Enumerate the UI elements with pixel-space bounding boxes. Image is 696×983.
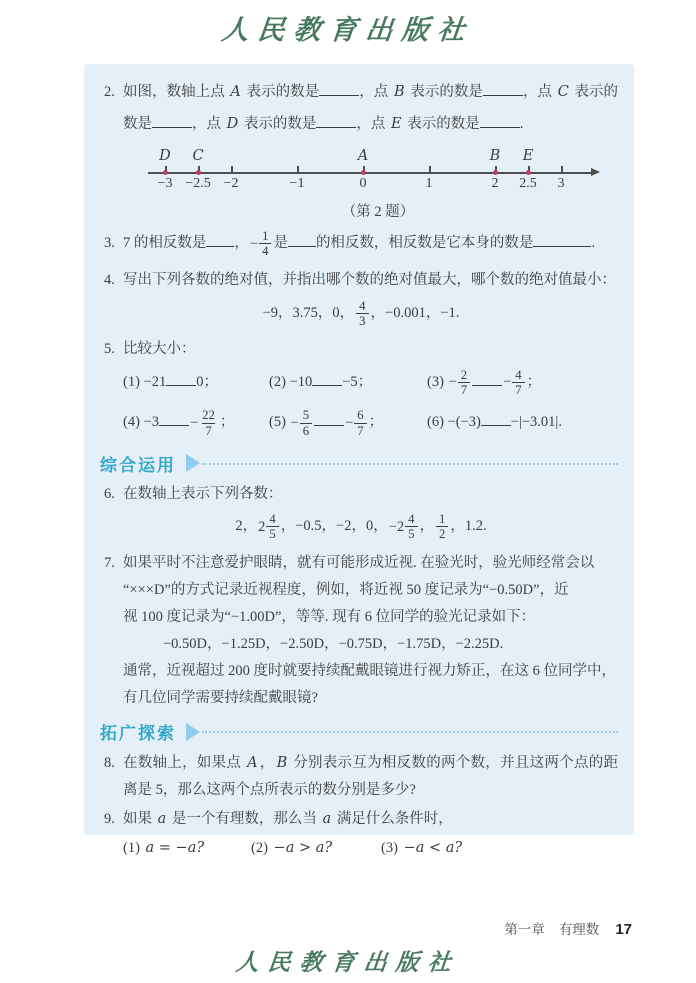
tick-label: 3 xyxy=(539,175,583,193)
dotted-rule xyxy=(202,463,618,465)
question-4: 4. 写出下列各数的绝对值，并指出哪个数的绝对值最大，哪个数的绝对值最小： xyxy=(104,267,618,294)
question-text: 如果平时不注意爱护眼睛，就有可能形成近视. 在验光时，验光师经常会以 “×××D… xyxy=(123,550,618,712)
question-5: 5. 比较大小： xyxy=(104,336,618,362)
math-expression: −a < a? xyxy=(402,840,465,856)
point-label: C xyxy=(186,147,210,165)
point-dot xyxy=(493,170,498,175)
exercise-panel: 2. 如图，数轴上点 A 表示的数是，点 B 表示的数是，点 C 表示的数是，点… xyxy=(84,64,634,835)
option-item: (2) −a > a? xyxy=(251,835,381,862)
answer-blank xyxy=(166,371,196,386)
question-number: 7. xyxy=(104,550,123,712)
tick-mark xyxy=(231,166,233,173)
point-label: D xyxy=(153,147,177,165)
fraction: 245 xyxy=(258,508,280,546)
compare-item: (4) −3−227； xyxy=(123,402,269,443)
math-variable: a xyxy=(321,811,334,827)
math-variable: a xyxy=(156,811,169,827)
question-text: 比较大小： xyxy=(123,336,618,362)
answer-blank xyxy=(472,371,502,386)
section-title: 拓广探索 xyxy=(100,719,176,744)
fraction: 43 xyxy=(355,299,369,328)
compare-item: (5) −56−67； xyxy=(269,402,427,443)
math-variable: B xyxy=(275,755,290,771)
question-number: 5. xyxy=(104,336,123,362)
math-variable: D xyxy=(225,116,241,132)
question-number: 4. xyxy=(104,267,123,294)
question-6: 6. 在数轴上表示下列各数： xyxy=(104,481,618,507)
question-5-row-2: (4) −3−227； (5) −56−67； (6) −(−3)−|−3.01… xyxy=(104,402,618,443)
point-label: E xyxy=(516,147,540,165)
question-7-line: 如果平时不注意爱护眼睛，就有可能形成近视. 在验光时，验光师经常会以 xyxy=(123,550,618,577)
answer-blank xyxy=(312,371,342,386)
point-dot xyxy=(526,170,531,175)
fraction: −56 xyxy=(291,403,314,443)
answer-blank xyxy=(483,81,523,96)
math-variable: C xyxy=(556,84,571,100)
answer-blank xyxy=(288,232,316,247)
section-header-comprehensive: 综合运用 xyxy=(100,452,618,474)
publisher-logo-top: 人民教育出版社 xyxy=(0,8,696,47)
question-text: 如果 a 是一个有理数，那么当 a 满足什么条件时， xyxy=(123,806,618,833)
question-number: 9. xyxy=(104,806,123,833)
question-7-line: 通常，近视超过 200 度时就要持续配戴眼镜进行视力矫正，在这 6 位同学中， xyxy=(123,658,618,685)
point-dot xyxy=(361,170,366,175)
section-header-exploration: 拓广探索 xyxy=(100,721,618,743)
compare-item: (2) −10−5； xyxy=(269,362,427,403)
answer-blank xyxy=(316,113,356,128)
question-number: 6. xyxy=(104,481,123,507)
fraction: −27 xyxy=(449,362,472,402)
question-text: 如图，数轴上点 A 表示的数是，点 B 表示的数是，点 C 表示的数是，点 D … xyxy=(123,76,618,140)
tick-mark xyxy=(561,166,563,173)
fraction: −47 xyxy=(503,362,526,402)
section-title: 综合运用 xyxy=(100,451,176,476)
question-text: 7 的相反数是，−14是的相反数，相反数是它本身的数是. xyxy=(123,224,618,263)
question-7: 7. 如果平时不注意爱护眼睛，就有可能形成近视. 在验光时，验光师经常会以 “×… xyxy=(104,550,618,712)
page-footer: 第一章 有理数 17 xyxy=(504,918,632,938)
number-line-figure: −3−2.5−2−10122.53DCABE （第 2 题） xyxy=(148,146,618,224)
math-expression: −a > a? xyxy=(272,840,335,856)
section-label: 有理数 xyxy=(559,918,600,938)
question-2: 2. 如图，数轴上点 A 表示的数是，点 B 表示的数是，点 C 表示的数是，点… xyxy=(104,76,618,140)
math-variable: A xyxy=(245,755,259,771)
question-4-values: −9，3.75，0，43，−0.001，−1. xyxy=(104,294,618,332)
question-6-values: 2，245，−0.5，−2，0，−245，12，1.2. xyxy=(104,507,618,546)
compare-item: (1) −210； xyxy=(123,362,269,403)
answer-blank xyxy=(206,232,234,247)
fraction: −14 xyxy=(250,225,273,263)
tick-label: 1 xyxy=(407,175,451,193)
compare-item: (6) −(−3)−|−3.01|. xyxy=(427,402,618,443)
triangle-icon xyxy=(186,454,200,472)
answer-blank xyxy=(314,412,344,427)
question-number: 2. xyxy=(104,76,123,140)
fraction: −67 xyxy=(345,403,368,443)
axis-arrow-icon xyxy=(591,168,600,176)
tick-mark xyxy=(429,166,431,173)
publisher-logo-bottom: 人民教育出版社 xyxy=(0,944,696,977)
question-7-records: −0.50D，−1.25D，−2.50D，−0.75D，−1.75D，−2.25… xyxy=(123,631,618,658)
math-variable: A xyxy=(228,84,242,100)
triangle-icon xyxy=(186,723,200,741)
textbook-page: { "publisher": { "logo_top": "人民教育出版社", … xyxy=(0,0,696,983)
dotted-rule xyxy=(202,731,618,733)
compare-item: (3) −27−47； xyxy=(427,362,618,403)
point-label: B xyxy=(483,147,507,165)
question-text: 写出下列各数的绝对值，并指出哪个数的绝对值最大，哪个数的绝对值最小： xyxy=(123,267,618,294)
question-number: 3. xyxy=(104,224,123,263)
option-item: (3) −a < a? xyxy=(381,835,618,862)
chapter-label: 第一章 xyxy=(504,918,545,938)
answer-blank xyxy=(481,412,511,427)
answer-blank xyxy=(480,113,520,128)
fraction: −245 xyxy=(389,508,419,546)
fraction: −227 xyxy=(190,403,219,443)
tick-label: −2 xyxy=(209,175,253,193)
question-7-line: “×××D”的方式记录近视程度，例如，将近视 50 度记录为“−0.50D”，近 xyxy=(123,577,618,604)
figure-caption: （第 2 题） xyxy=(148,200,608,224)
page-number: 17 xyxy=(615,921,632,938)
point-label: A xyxy=(351,147,375,165)
point-dot xyxy=(163,170,168,175)
question-8: 8. 在数轴上，如果点 A，B 分别表示互为相反数的两个数，并且这两个点的距离是… xyxy=(104,750,618,804)
answer-blank xyxy=(319,81,359,96)
number-line-canvas: −3−2.5−2−10122.53DCABE xyxy=(148,146,608,198)
question-text: 在数轴上表示下列各数： xyxy=(123,481,618,507)
question-5-row-1: (1) −210； (2) −10−5； (3) −27−47； xyxy=(104,362,618,403)
question-9-options: (1) a = −a? (2) −a > a? (3) −a < a? xyxy=(104,835,618,862)
question-7-line: 视 100 度记录为“−1.00D”，等等. 现有 6 位同学的验光记录如下： xyxy=(123,604,618,631)
question-number: 8. xyxy=(104,750,123,804)
answer-blank xyxy=(152,113,192,128)
tick-mark xyxy=(297,166,299,173)
fraction: 12 xyxy=(435,512,449,541)
math-variable: B xyxy=(392,84,407,100)
question-7-line: 有几位同学需要持续配戴眼镜? xyxy=(123,685,618,712)
point-dot xyxy=(196,170,201,175)
math-expression: a = −a? xyxy=(144,840,207,856)
answer-blank xyxy=(533,232,591,247)
question-text: 在数轴上，如果点 A，B 分别表示互为相反数的两个数，并且这两个点的距离是 5，… xyxy=(123,750,618,804)
math-variable: E xyxy=(389,116,404,132)
answer-blank xyxy=(159,412,189,427)
tick-label: 0 xyxy=(341,175,385,193)
option-item: (1) a = −a? xyxy=(123,835,251,862)
tick-label: −1 xyxy=(275,175,319,193)
question-9: 9. 如果 a 是一个有理数，那么当 a 满足什么条件时， xyxy=(104,806,618,833)
question-3: 3. 7 的相反数是，−14是的相反数，相反数是它本身的数是. xyxy=(104,224,618,263)
